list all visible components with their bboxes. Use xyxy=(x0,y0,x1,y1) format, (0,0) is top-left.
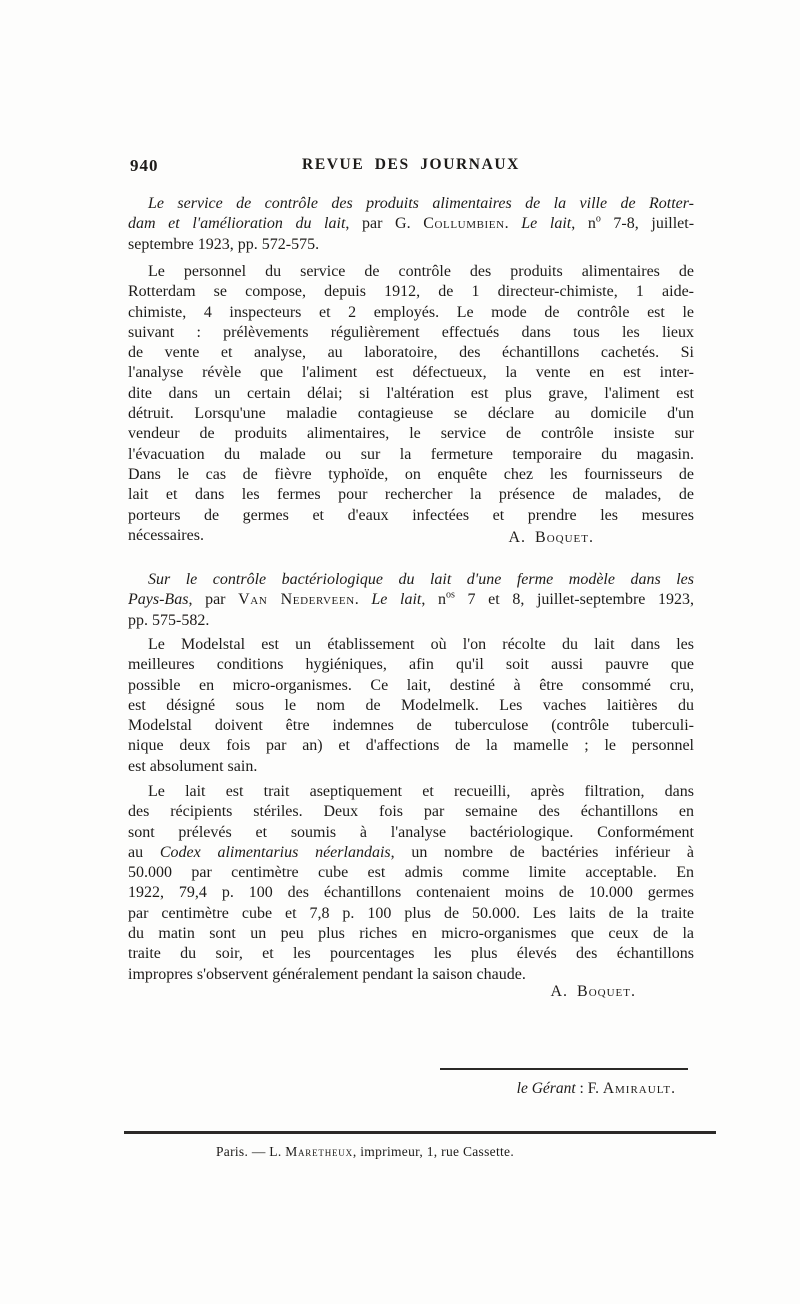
smallcaps-text: Collumbien xyxy=(423,215,504,232)
text-segment: , par xyxy=(188,591,238,608)
italic-text: Pays-Bas xyxy=(128,591,188,608)
text-segment: os xyxy=(446,590,455,601)
text-segment: du matin sont un peu plus riches en micr… xyxy=(128,925,694,942)
text-segment: nique deux fois par an) et d'affections … xyxy=(128,737,694,754)
text-line: de vente et analyse, au laboratoire, des… xyxy=(128,343,694,363)
author-name: A. Boquet. xyxy=(551,983,637,1000)
journal-header-title: REVUE DES JOURNAUX xyxy=(128,156,694,174)
text-line: chimiste, 4 inspecteurs et 2 employés. L… xyxy=(128,303,694,323)
article-2-paragraph-1: Le Modelstal est un établissement où l'o… xyxy=(128,635,694,777)
gerant-divider-rule xyxy=(440,1068,688,1070)
text-line: Le lait est trait aseptiquement et recue… xyxy=(128,782,694,802)
text-line: Le service de contrôle des produits alim… xyxy=(128,194,694,214)
text-segment: , imprimeur, 1, rue Cassette. xyxy=(353,1144,514,1159)
gerant-line: le Gérant : F. Amirault. xyxy=(517,1080,676,1098)
text-line: des récipients stériles. Deux fois par s… xyxy=(128,802,694,822)
text-segment: Le Modelstal est un établissement où l'o… xyxy=(148,636,694,653)
text-segment: Modelstal doivent être indemnes de tuber… xyxy=(128,717,694,734)
article-1-paragraph: Le personnel du service de contrôle des … xyxy=(128,262,694,546)
running-head: 940 REVUE DES JOURNAUX xyxy=(128,156,694,178)
text-line: lait et dans les fermes pour rechercher … xyxy=(128,485,694,505)
text-segment: Paris. — L. xyxy=(216,1144,285,1159)
text-line: dite dans un certain délai; si l'altérat… xyxy=(128,384,694,404)
text-line: sont prélevés et soumis à l'analyse bact… xyxy=(128,823,694,843)
text-segment: traite du soir, et les pourcentages les … xyxy=(128,945,694,962)
article-1-signature: A. Boquet. xyxy=(128,528,694,548)
text-line: suivant : prélèvements régulièrement eff… xyxy=(128,323,694,343)
text-line: septembre 1923, pp. 572-575. xyxy=(128,235,694,255)
italic-text: Le lait xyxy=(371,591,421,608)
text-segment: . xyxy=(355,591,372,608)
text-segment: possible en micro-organismes. Ce lait, d… xyxy=(128,677,694,694)
text-segment: meilleures conditions hygiéniques, afin … xyxy=(128,656,694,673)
text-line: Sur le contrôle bactériologique du lait … xyxy=(128,570,694,590)
text-segment: Le personnel du service de contrôle des … xyxy=(148,263,694,280)
text-line: l'évacuation du malade ou sur la fermetu… xyxy=(128,445,694,465)
text-segment: par centimètre cube et 7,8 p. 100 plus d… xyxy=(128,905,694,922)
footer-divider-rule xyxy=(124,1131,716,1134)
text-segment: l'analyse révèle que l'aliment est défec… xyxy=(128,364,694,381)
text-line: meilleures conditions hygiéniques, afin … xyxy=(128,655,694,675)
text-segment: Le lait est trait aseptiquement et recue… xyxy=(148,783,694,800)
text-segment: dite dans un certain délai; si l'altérat… xyxy=(128,385,694,402)
text-segment: septembre 1923, pp. 572-575. xyxy=(128,236,319,253)
text-segment: : F. xyxy=(576,1080,603,1097)
text-line: Modelstal doivent être indemnes de tuber… xyxy=(128,716,694,736)
text-segment: , n xyxy=(571,215,596,232)
page-number: 940 xyxy=(130,156,159,176)
text-line: pp. 575-582. xyxy=(128,611,694,631)
text-segment: de vente et analyse, au laboratoire, des… xyxy=(128,344,694,361)
text-segment: chimiste, 4 inspecteurs et 2 employés. L… xyxy=(128,304,694,321)
text-line: Rotterdam se compose, depuis 1912, de 1 … xyxy=(128,282,694,302)
text-segment: lait et dans les fermes pour rechercher … xyxy=(128,486,694,503)
text-segment: , n xyxy=(421,591,446,608)
text-line: Pays-Bas, par Van Nederveen. Le lait, no… xyxy=(128,590,694,610)
text-line: 1922, 79,4 p. 100 des échantillons conte… xyxy=(128,883,694,903)
italic-text: Le lait xyxy=(521,215,571,232)
text-line: détruit. Lorsqu'une maladie contagieuse … xyxy=(128,404,694,424)
smallcaps-text: Maretheux xyxy=(285,1144,353,1159)
smallcaps-text: Amirault. xyxy=(603,1080,676,1097)
text-segment: sont prélevés et soumis à l'analyse bact… xyxy=(128,824,694,841)
text-line: vendeur de produits alimentaires, le ser… xyxy=(128,424,694,444)
article-2-paragraph-2: Le lait est trait aseptiquement et recue… xyxy=(128,782,694,985)
text-segment: impropres s'observent généralement penda… xyxy=(128,966,526,983)
text-line: porteurs de germes et d'eaux infectées e… xyxy=(128,506,694,526)
text-segment: , par G. xyxy=(345,215,423,232)
text-segment: 1922, 79,4 p. 100 des échantillons conte… xyxy=(128,884,694,901)
article-2-signature: A. Boquet. xyxy=(128,982,694,1002)
text-segment: au xyxy=(128,844,160,861)
text-segment: porteurs de germes et d'eaux infectées e… xyxy=(128,507,694,524)
text-segment: détruit. Lorsqu'une maladie contagieuse … xyxy=(128,405,694,422)
text-line: traite du soir, et les pourcentages les … xyxy=(128,944,694,964)
italic-text: dam et l'amélioration du lait xyxy=(128,215,345,232)
text-line: Dans le cas de fièvre typhoïde, on enquê… xyxy=(128,465,694,485)
text-segment: Rotterdam se compose, depuis 1912, de 1 … xyxy=(128,283,694,300)
text-segment: , un nombre de bactéries inférieur à xyxy=(391,844,694,861)
text-line: est absolument sain. xyxy=(128,757,694,777)
italic-text: Sur le contrôle bactériologique du lait … xyxy=(148,571,694,588)
text-segment: est désigné sous le nom de Modelmelk. Le… xyxy=(128,697,694,714)
italic-text: Codex alimentarius néerlandais xyxy=(160,844,391,861)
text-segment: est absolument sain. xyxy=(128,758,257,775)
text-segment: . xyxy=(505,215,522,232)
text-segment: des récipients stériles. Deux fois par s… xyxy=(128,803,694,820)
text-line: Le personnel du service de contrôle des … xyxy=(128,262,694,282)
smallcaps-text: Van Nederveen xyxy=(238,591,355,608)
text-line: 50.000 par centimètre cube est admis com… xyxy=(128,863,694,883)
italic-text: le Gérant xyxy=(517,1080,576,1097)
text-line: Le Modelstal est un établissement où l'o… xyxy=(128,635,694,655)
text-line: au Codex alimentarius néerlandais, un no… xyxy=(128,843,694,863)
article-1-title: Le service de contrôle des produits alim… xyxy=(128,194,694,255)
text-segment: suivant : prélèvements régulièrement eff… xyxy=(128,324,694,341)
text-segment: Dans le cas de fièvre typhoïde, on enquê… xyxy=(128,466,694,483)
author-name: A. Boquet. xyxy=(509,529,595,546)
text-line: possible en micro-organismes. Ce lait, d… xyxy=(128,676,694,696)
text-line: l'analyse révèle que l'aliment est défec… xyxy=(128,363,694,383)
text-line: nique deux fois par an) et d'affections … xyxy=(128,736,694,756)
text-line: dam et l'amélioration du lait, par G. Co… xyxy=(128,214,694,234)
text-segment: 50.000 par centimètre cube est admis com… xyxy=(128,864,694,881)
scanned-journal-page: 940 REVUE DES JOURNAUX Le service de con… xyxy=(0,0,800,1304)
article-2-title: Sur le contrôle bactériologique du lait … xyxy=(128,570,694,631)
text-line: du matin sont un peu plus riches en micr… xyxy=(128,924,694,944)
text-segment: l'évacuation du malade ou sur la fermetu… xyxy=(128,446,694,463)
printer-imprint-line: Paris. — L. Maretheux, imprimeur, 1, rue… xyxy=(165,1144,565,1160)
text-segment: 7 et 8, juillet-septembre 1923, xyxy=(455,591,694,608)
text-line: par centimètre cube et 7,8 p. 100 plus d… xyxy=(128,904,694,924)
text-segment: vendeur de produits alimentaires, le ser… xyxy=(128,425,694,442)
text-segment: 7-8, juillet- xyxy=(601,215,694,232)
text-segment: pp. 575-582. xyxy=(128,612,209,629)
italic-text: Le service de contrôle des produits alim… xyxy=(148,195,694,212)
text-line: est désigné sous le nom de Modelmelk. Le… xyxy=(128,696,694,716)
